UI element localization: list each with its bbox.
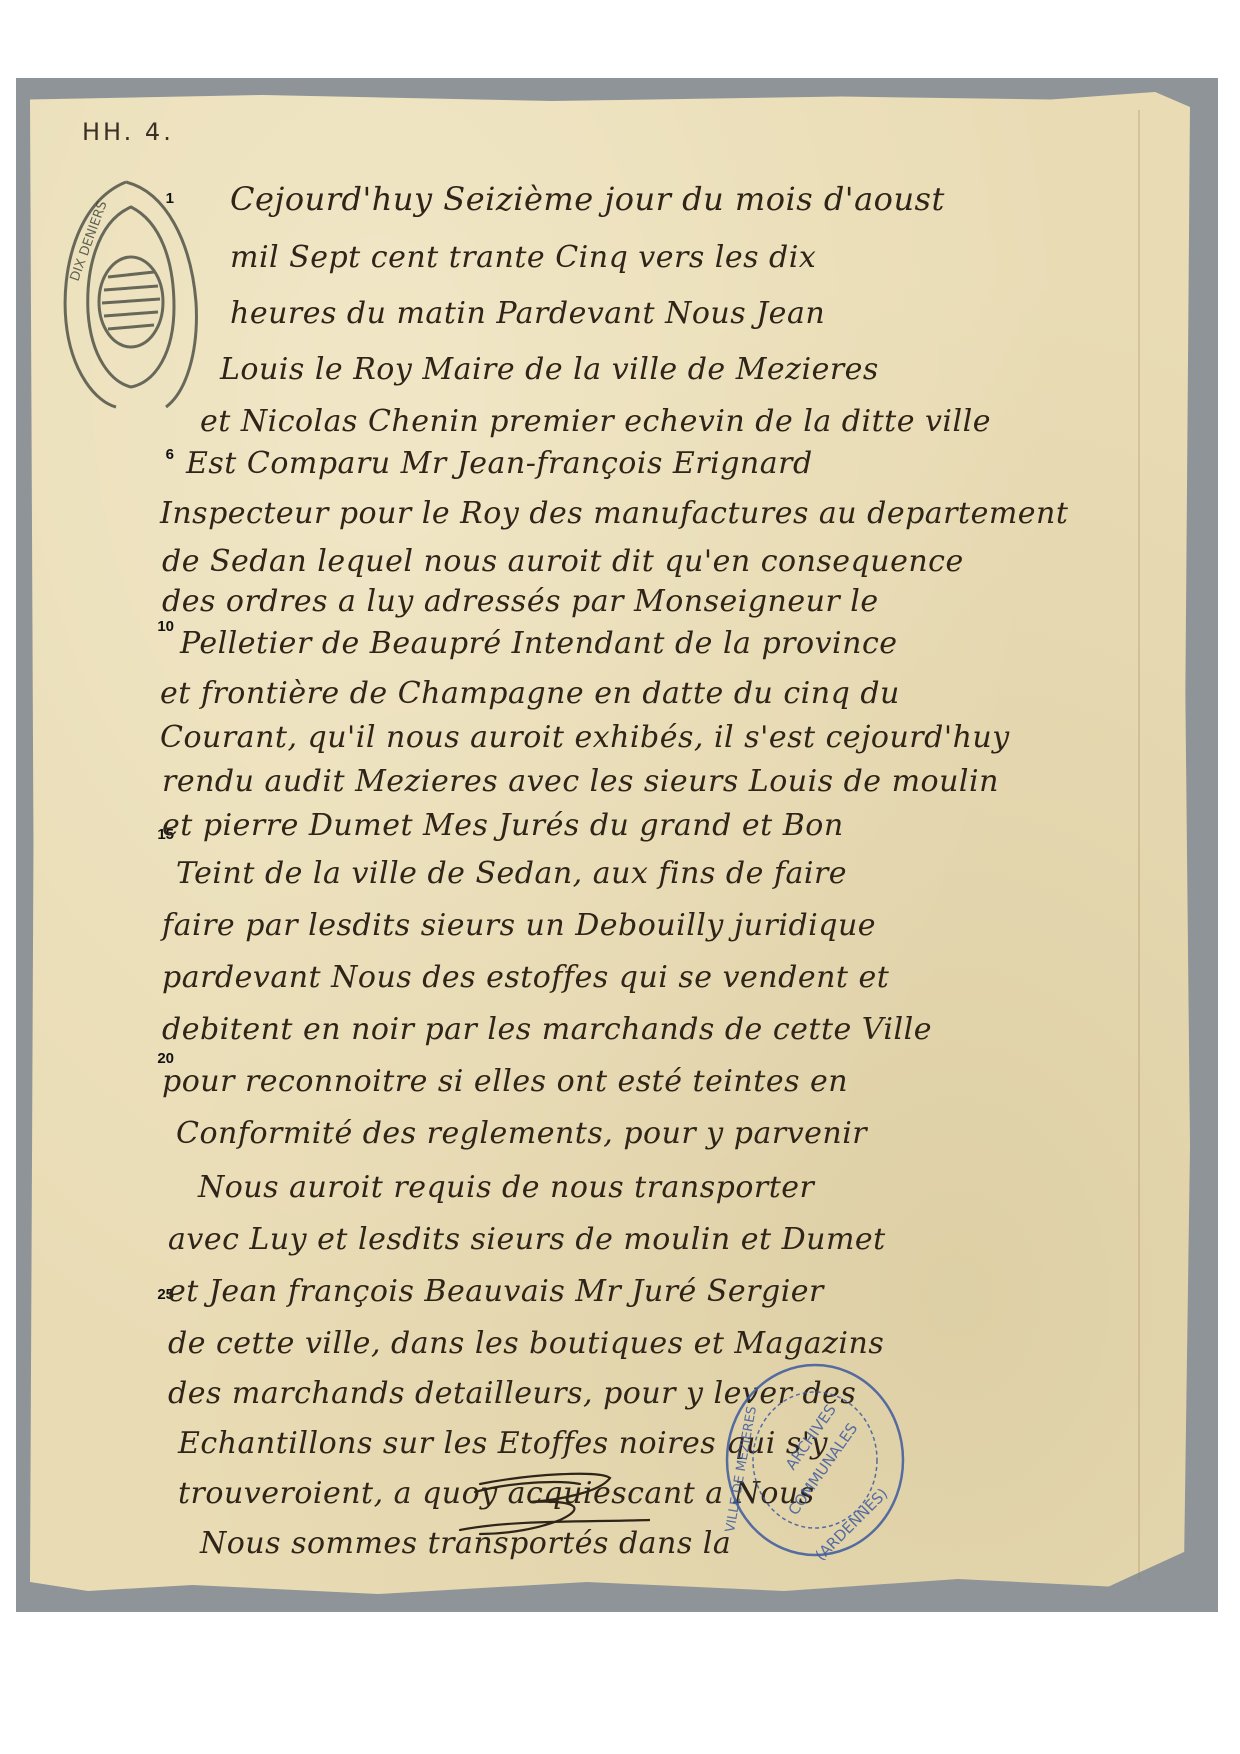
archive-reference: HH. 4. xyxy=(82,118,174,146)
text-line: Est Comparu Mr Jean-françois Erignard xyxy=(186,446,813,481)
text-line: Louis le Roy Maire de la ville de Mezier… xyxy=(220,352,879,387)
text-line: de cette ville, dans les boutiques et Ma… xyxy=(168,1326,884,1361)
text-line: mil Sept cent trante Cinq vers les dix xyxy=(230,240,816,275)
archive-stamp-icon: ARCHIVES COMMUNALES (ARDENNES) VILLE DE … xyxy=(715,1360,915,1560)
text-line: Cejourd'huy Seizième jour du mois d'aous… xyxy=(230,180,945,218)
line-number: 10 xyxy=(140,618,174,635)
svg-text:(ARDENNES): (ARDENNES) xyxy=(812,1485,892,1560)
text-line: Teint de la ville de Sedan, aux fins de … xyxy=(176,856,847,891)
text-line: et Jean françois Beauvais Mr Juré Sergie… xyxy=(168,1274,824,1309)
page-fold-line xyxy=(1138,110,1140,1580)
text-line: Conformité des reglements, pour y parven… xyxy=(176,1116,867,1151)
text-line: Courant, qu'il nous auroit exhibés, il s… xyxy=(160,720,1010,755)
line-number: 1 xyxy=(140,190,174,207)
text-line: pardevant Nous des estoffes qui se vende… xyxy=(162,960,889,995)
text-line: Inspecteur pour le Roy des manufactures … xyxy=(160,496,1068,531)
text-line: et Nicolas Chenin premier echevin de la … xyxy=(200,404,991,439)
tax-seal-icon: DIX DENIERS xyxy=(56,162,206,412)
text-line: et frontière de Champagne en datte du ci… xyxy=(160,676,900,711)
text-line: de Sedan lequel nous auroit dit qu'en co… xyxy=(162,544,964,579)
text-line: des ordres a luy adressés par Monseigneu… xyxy=(162,584,879,619)
text-line: heures du matin Pardevant Nous Jean xyxy=(230,296,825,331)
text-line: Nous auroit requis de nous transporter xyxy=(198,1170,814,1205)
text-line: pour reconnoitre si elles ont esté teint… xyxy=(162,1064,848,1099)
line-number: 6 xyxy=(140,446,174,463)
text-line: et pierre Dumet Mes Jurés du grand et Bo… xyxy=(162,808,844,843)
text-line: Pelletier de Beaupré Intendant de la pro… xyxy=(180,626,898,661)
signature-paraph-icon xyxy=(450,1470,650,1540)
text-line: debitent en noir par les marchands de ce… xyxy=(162,1012,932,1047)
text-line: avec Luy et lesdits sieurs de moulin et … xyxy=(168,1222,886,1257)
text-line: rendu audit Mezieres avec les sieurs Lou… xyxy=(162,764,999,799)
text-line: faire par lesdits sieurs un Debouilly ju… xyxy=(162,908,876,943)
